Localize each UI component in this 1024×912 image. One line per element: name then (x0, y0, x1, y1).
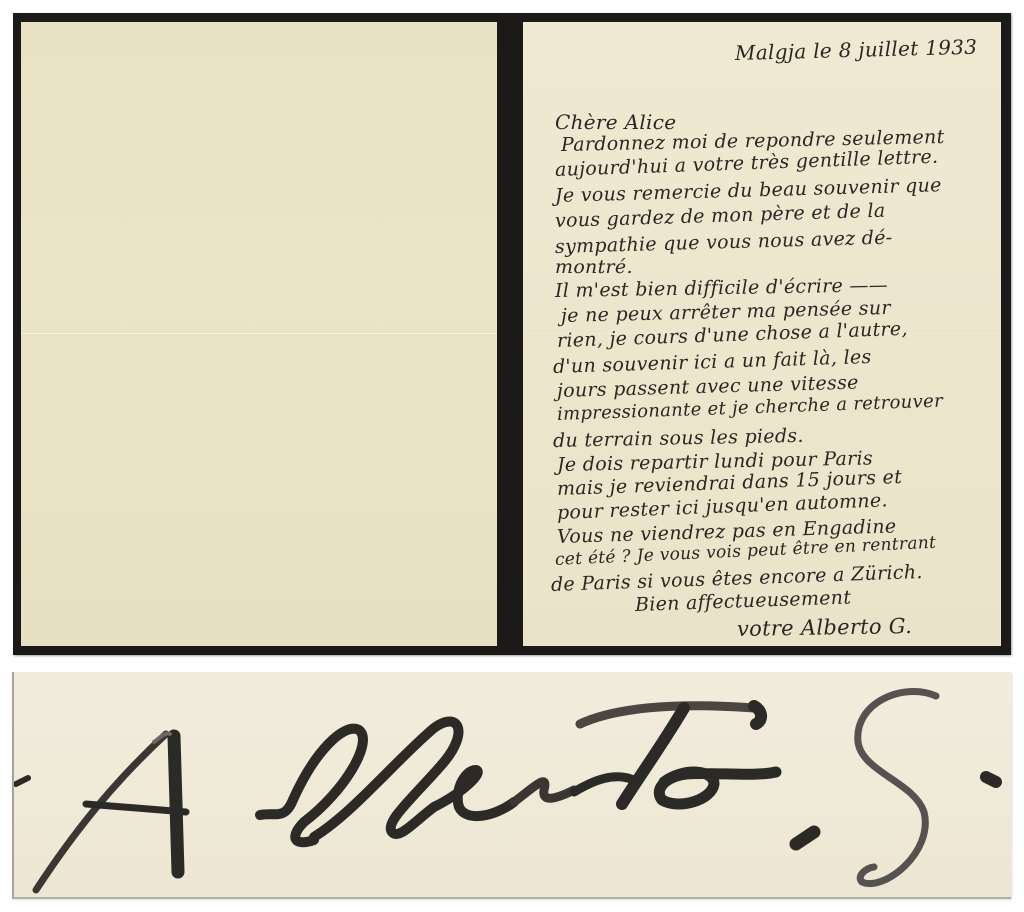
letter-line: du terrain sous les pieds. (553, 425, 804, 452)
letter-signature: votre Alberto G. (737, 614, 913, 641)
signature-strokes (14, 672, 1011, 899)
letter-line: montré. (555, 256, 633, 278)
letter-dateline: Malgja le 8 juillet 1933 (735, 35, 978, 65)
letter-right-page: Malgja le 8 juillet 1933 Chère Alice Par… (523, 22, 1001, 646)
letter-frame: Malgja le 8 juillet 1933 Chère Alice Par… (13, 13, 1011, 655)
letter-salutation: Chère Alice (555, 110, 676, 134)
fold-line (21, 333, 497, 335)
signature-detail-closeup: Alberto. G. (12, 672, 1011, 899)
letter-left-page (21, 22, 497, 646)
letter-line: sympathie que vous nous avez dé- (555, 227, 893, 258)
